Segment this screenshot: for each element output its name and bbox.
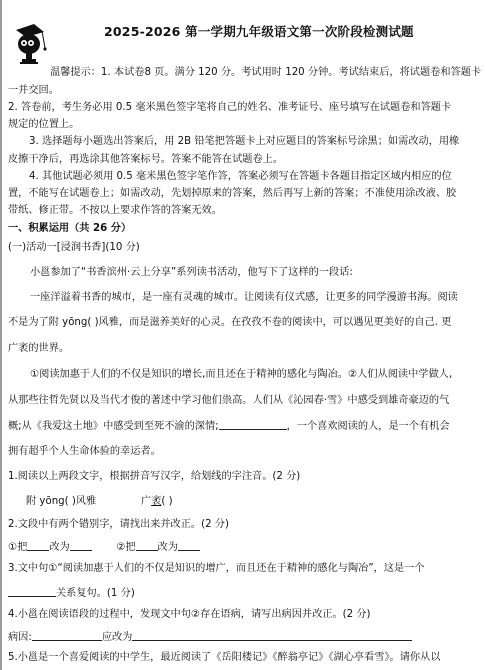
item-b-prefix: 广 <box>141 496 151 507</box>
passage1-line-1: 一座洋溢着书香的城市，是一座有灵魂的城市。让阅读有仪式感，让更多的同学漫游书海。… <box>30 291 458 304</box>
question-1-item-b: 广袤( ) <box>141 495 173 508</box>
cause-label: 病因: <box>8 632 32 643</box>
notice-line-6: 皮擦干净后，再选涂其他答案标号。答案不能答在试题卷上。 <box>8 153 283 166</box>
passage2-line-4: 拥有超乎个人生命体验的幸运者。 <box>8 445 161 458</box>
section-heading: 一、积累运用（共 26 分） <box>8 222 131 235</box>
relation-blank[interactable] <box>8 586 56 597</box>
passage2-line-3a: 概;从《我爱这土地》中感受到至死不渝的深情; <box>8 421 219 432</box>
fill-in-blank[interactable] <box>219 419 287 430</box>
notice-line-8: 置，不能写在试题卷上；如需改动，先划掉原来的答案，然后再写上新的答案；不准使用涂… <box>8 187 456 200</box>
answer-b-fix[interactable] <box>178 540 200 551</box>
passage2-line-2: 从那些往哲先贤以及当代才俊的著述中学习他们祟高。人们从《沁园春·雪》中感受到雄奇… <box>8 394 449 407</box>
answer-b-label: ②把 <box>116 542 135 553</box>
question-2-stem: 2.文段中有两个错别字，请找出来并改正。(2 分) <box>8 518 229 531</box>
activity-heading: (一)活动一[浸润书香](10 分) <box>8 241 140 254</box>
cause-blank[interactable] <box>32 630 102 641</box>
passage2-line-1: ①阅读加惠于人们的不仅是知识的增长,而且还在于精神的感化与陶冶。②人们从阅读中学… <box>30 368 452 381</box>
answer-a-fix-label: 改为 <box>49 542 69 553</box>
notice-line-9: 带纸、修正带。不按以上要求作答的答案无效。 <box>8 204 222 217</box>
answer-b-fix-label: 改为 <box>158 542 178 553</box>
underlined-char: 袤 <box>151 496 161 507</box>
question-1-item-a: 附 yōng( )风雅 <box>26 495 96 508</box>
answer-a-wrong[interactable] <box>27 540 49 551</box>
item-b-answer: ( ) <box>161 496 172 507</box>
question-4-answers: 病因:应改为 <box>8 630 412 644</box>
notice-line-5: 3. 选择题每小题选出答案后，用 2B 铅笔把答题卡上对应题目的答案标号涂黑；如… <box>29 135 459 148</box>
notice-line-2: 一并交回。 <box>8 84 59 97</box>
passage1-line-2: 不是为了附 yōng( )风雅，而是滋养美好的心灵。在孜孜不卷的阅读中，可以遇见… <box>8 316 451 329</box>
answer-b-wrong[interactable] <box>136 540 158 551</box>
intro-text: 小邕参加了“书香滨州·云上分享”系列读书活动，他写下了这样的一段话: <box>30 266 353 279</box>
passage2-line-3b: ，一个喜欢阅读的人，是一个有机会 <box>287 421 450 432</box>
fix-blank[interactable] <box>132 630 412 641</box>
question-3-tail-text: 关系复句。(1 分) <box>56 588 135 599</box>
question-5-stem-line-1: 5.小邕是一个喜爱阅读的中学生，最近阅读了《岳阳楼记》《醉翁亭记》《湖心亭看雪》… <box>8 651 440 664</box>
notice-line-4: 规定的位置上。 <box>8 118 79 131</box>
question-3-stem: 3.文中句①“阅读加惠于人们的不仅是知识的增广，而且还在于精神的感化与陶冶”，这… <box>8 562 425 575</box>
question-1-stem: 1.阅读以上两段文字，根据拼音写汉字，给划线的字注音。(2 分) <box>8 470 300 483</box>
notice-line-3: 2. 答卷前，考生务必用 0.5 毫米黑色签字笔将自己的姓名、准考证号、座号填写… <box>8 101 451 114</box>
notice-line-7: 4. 其他试题必须用 0.5 毫米黑色签字笔作答，答案必须写在答题卡各题目指定区… <box>29 170 452 183</box>
passage2-line-3: 概;从《我爱这土地》中感受到至死不渝的深情;，一个喜欢阅读的人，是一个有机会 <box>8 419 450 433</box>
answer-a-fix[interactable] <box>70 540 92 551</box>
page-left-border <box>0 0 2 670</box>
question-2-answers: ①把改为 ②把改为 <box>8 540 200 554</box>
passage1-line-3: 广袤的世界。 <box>8 342 69 355</box>
student-mascot-icon <box>14 22 50 68</box>
page-title: 2025-2026 第一学期九年级语文第一次阶段检测试题 <box>104 22 414 40</box>
notice-line-1: 温馨提示：1. 本试卷8 页。满分 120 分。考试用时 120 分钟。考试结束… <box>50 66 481 79</box>
answer-a-label: ①把 <box>8 542 27 553</box>
question-3-tail: 关系复句。(1 分) <box>8 586 135 600</box>
question-4-stem: 4.小邕在阅读语段的过程中，发现文中句②存在语病，请写出病因并改正。(2 分) <box>8 608 371 621</box>
fix-label: 应改为 <box>102 632 133 643</box>
